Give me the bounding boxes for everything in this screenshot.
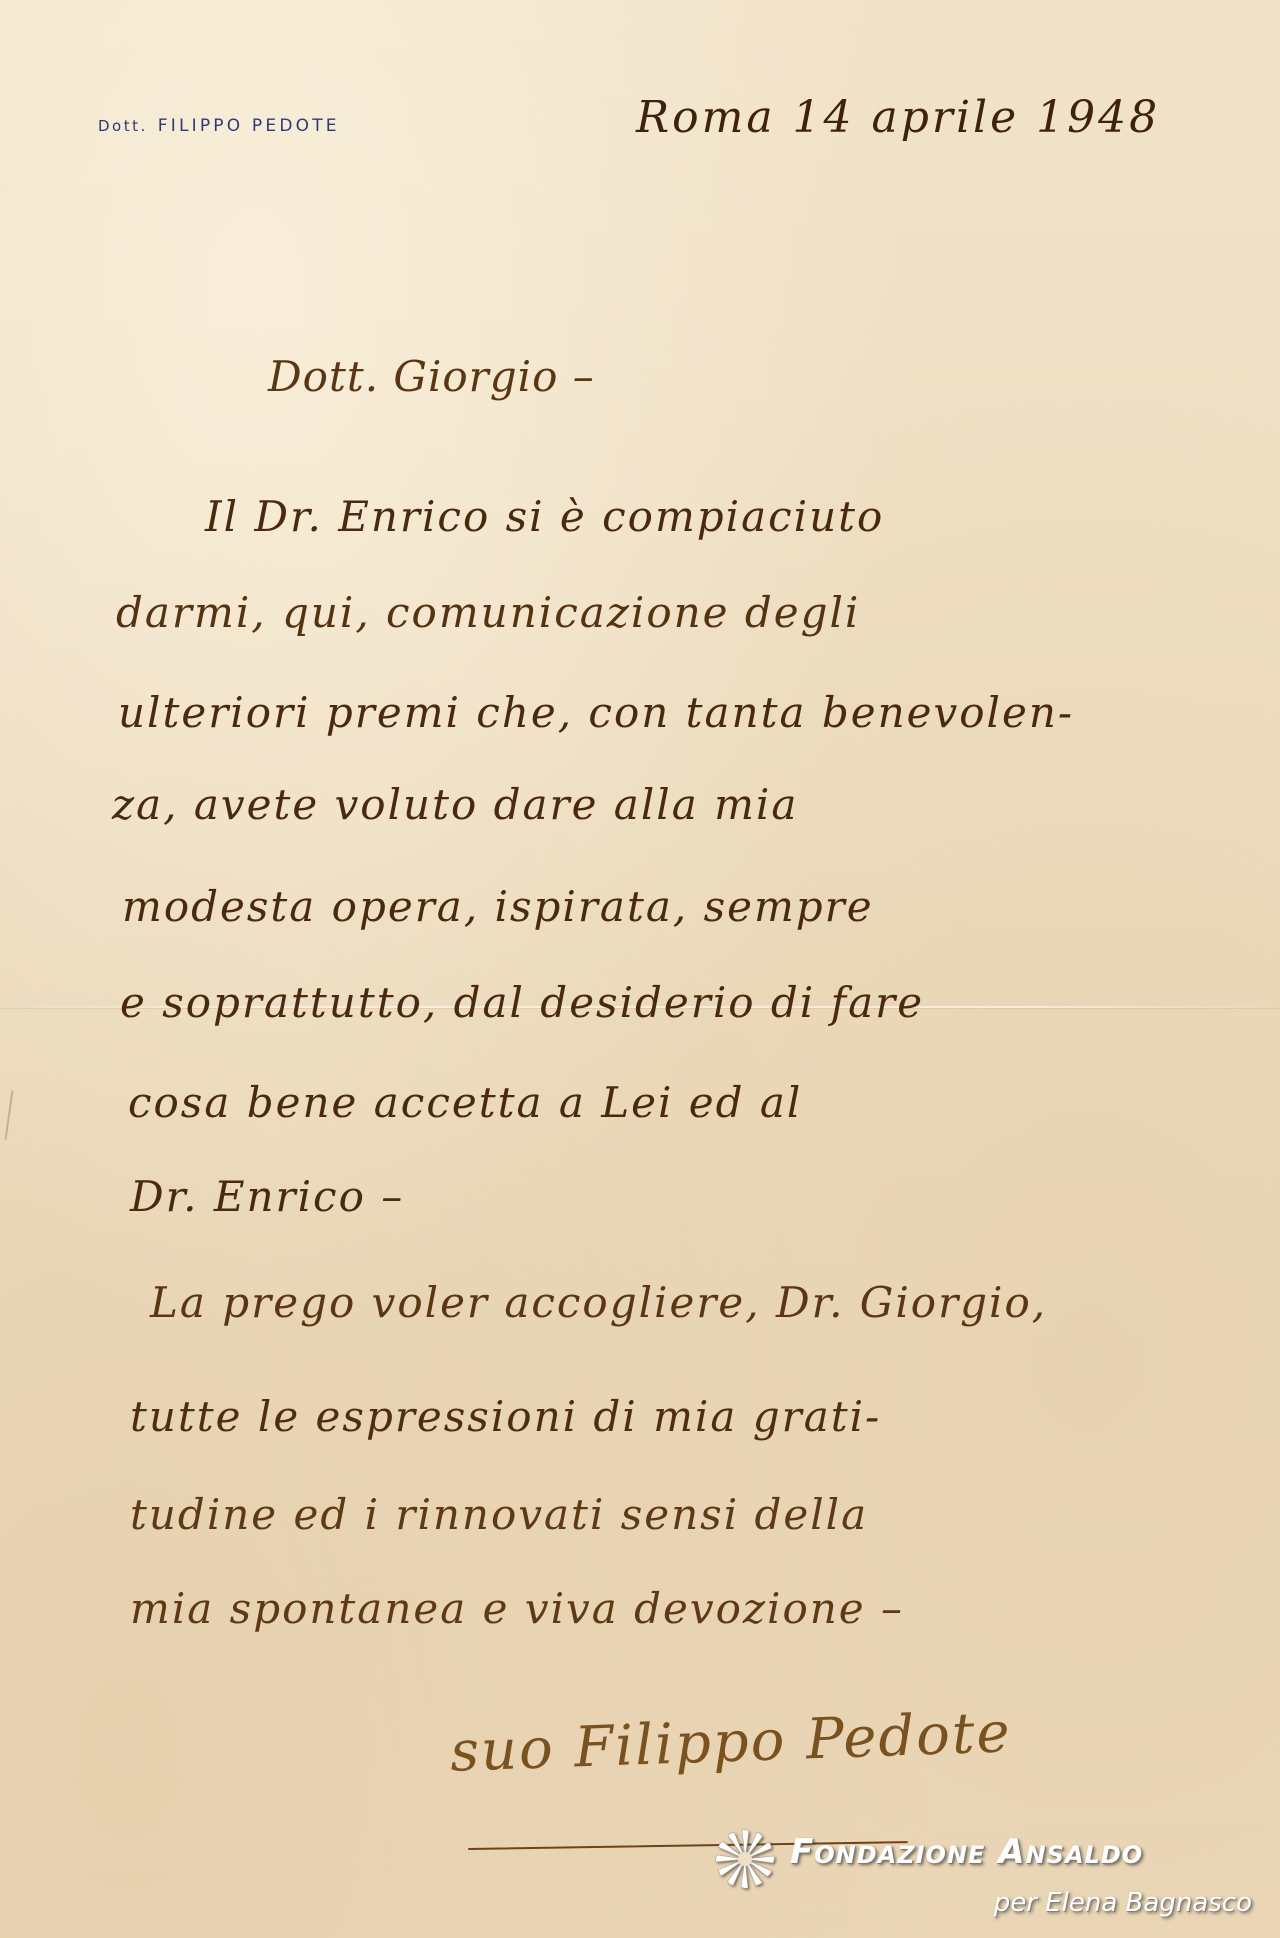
letter-line: mia spontanea e viva devozione – (130, 1584, 904, 1633)
letter-line: tutte le espressioni di mia grati- (130, 1392, 881, 1441)
letter-line: modesta opera, ispirata, sempre (122, 882, 874, 931)
watermark: Fondazione Ansaldo per Elena Bagnasco (712, 1822, 1272, 1932)
watermark-title: Fondazione Ansaldo (790, 1832, 1143, 1872)
letter-line: e soprattutto, dal desiderio di fare (120, 978, 924, 1027)
signature: suo Filippo Pedote (449, 1700, 1013, 1785)
letter-line: tudine ed i rinnovati sensi della (130, 1490, 868, 1539)
letter-line: cosa bene accetta a Lei ed al (128, 1078, 802, 1127)
letterhead: Dott.FILIPPO PEDOTE (98, 116, 340, 136)
watermark-subtitle: per Elena Bagnasco (994, 1888, 1252, 1918)
letter-line: La prego voler accogliere, Dr. Giorgio, (150, 1278, 1047, 1327)
salutation: Dott. Giorgio – (268, 352, 595, 401)
place-date: Roma 14 aprile 1948 (636, 92, 1160, 143)
letterhead-name: FILIPPO PEDOTE (158, 116, 340, 136)
letter-line: darmi, qui, comunicazione degli (116, 588, 860, 637)
ansaldo-starburst-icon (712, 1826, 778, 1892)
paper-edge-mark (5, 1090, 14, 1140)
letter-line: ulteriori premi che, con tanta benevolen… (118, 688, 1074, 737)
letter-line: za, avete voluto dare alla mia (112, 780, 798, 829)
letter-line: Dr. Enrico – (130, 1172, 404, 1221)
letter-line: Il Dr. Enrico si è compiaciuto (205, 492, 884, 541)
letterhead-title-prefix: Dott. (98, 117, 148, 135)
